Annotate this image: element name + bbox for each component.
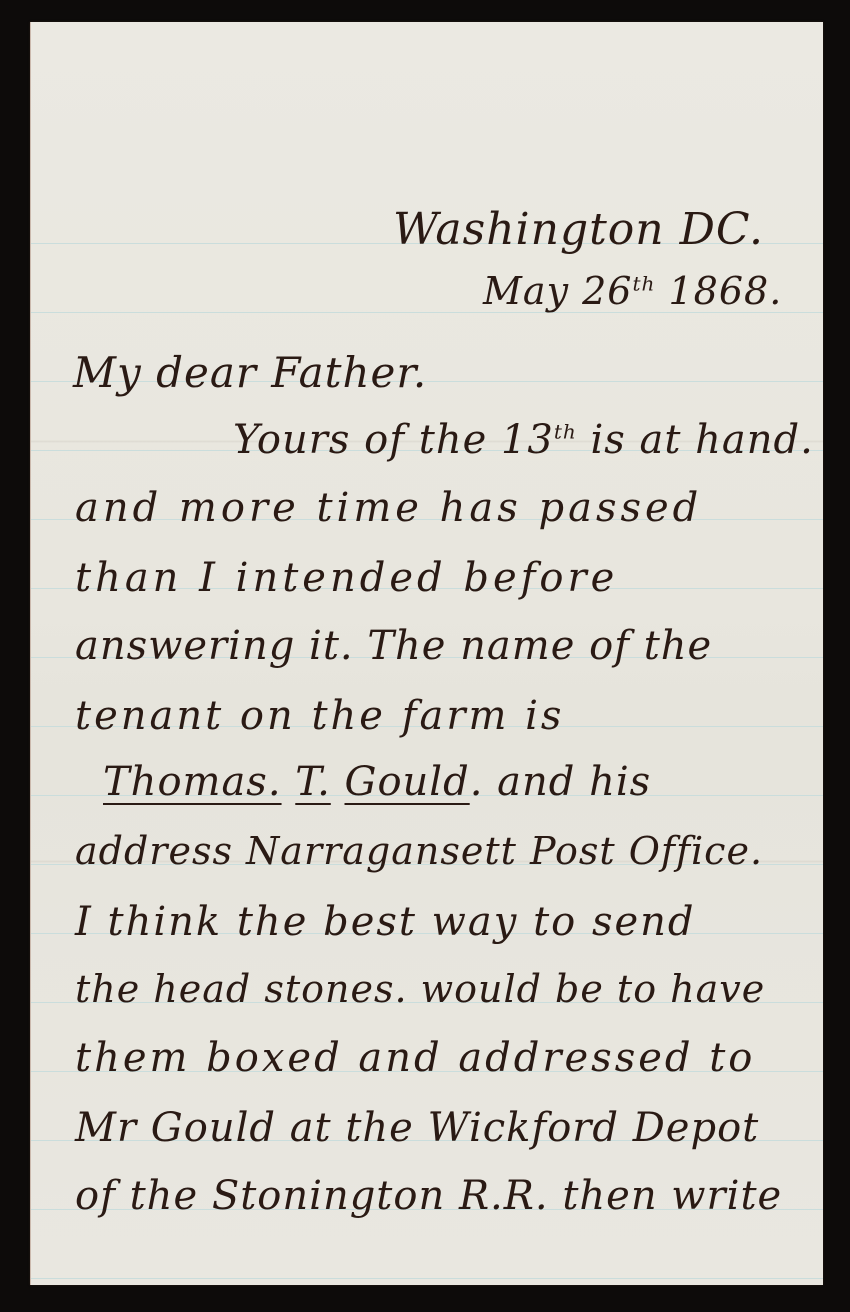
body-line-7: address Narragansett Post Office. <box>75 832 763 870</box>
ruled-line <box>31 1278 823 1279</box>
date-month-day: May 26 <box>483 269 632 313</box>
body-text: Yours of the 13 <box>233 417 554 463</box>
body-line-5: tenant on the farm is <box>75 696 564 736</box>
letter-place: Washington DC. <box>393 208 764 252</box>
body-line-11: Mr Gould at the Wickford Depot <box>75 1108 759 1148</box>
body-line-12: of the Stonington R.R. then write <box>75 1176 782 1216</box>
body-line-9: the head stones. would be to have <box>75 970 765 1008</box>
body-line-4: answering it. The name of the <box>75 626 712 666</box>
tenant-last-name: Gould <box>345 759 470 805</box>
body-text: is at hand. <box>577 417 814 463</box>
date-suffix: th <box>632 271 655 295</box>
body-line-6: Thomas. T. Gould. and his <box>103 762 651 802</box>
body-text: . and his <box>470 759 651 805</box>
body-line-3: than I intended before <box>75 558 618 598</box>
ordinal-suffix: th <box>554 420 577 444</box>
tenant-initial: T. <box>295 759 331 805</box>
date-year: 1868. <box>668 269 782 313</box>
letter-page: Washington DC. May 26th 1868. My dear Fa… <box>30 22 823 1285</box>
letter-date: May 26th 1868. <box>483 272 782 310</box>
body-line-1: Yours of the 13th is at hand. <box>233 420 814 460</box>
body-line-2: and more time has passed <box>75 488 702 528</box>
salutation: My dear Father. <box>73 352 427 394</box>
body-line-8: I think the best way to send <box>75 902 696 942</box>
body-line-10: them boxed and addressed to <box>75 1038 755 1078</box>
tenant-first-name: Thomas. <box>103 759 282 805</box>
